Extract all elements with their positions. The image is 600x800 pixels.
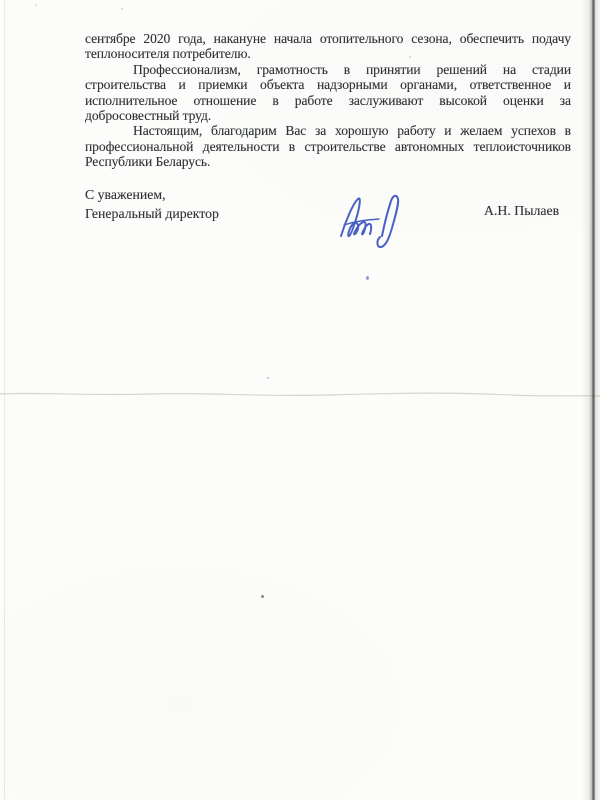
text-line: исполнительное отношение в работе заслуж… bbox=[85, 93, 571, 108]
fold-crease-line bbox=[0, 387, 600, 401]
text-line: строительства и приемки объекта надзорны… bbox=[85, 77, 571, 92]
text-line: добросовестный труд. bbox=[85, 108, 571, 123]
ink-speck bbox=[267, 377, 269, 379]
ink-speck bbox=[366, 276, 369, 280]
signature-stroke bbox=[341, 198, 371, 236]
scanned-letter-page: сентябре 2020 года, накануне начала отоп… bbox=[0, 0, 600, 800]
dust-speck bbox=[261, 595, 264, 598]
signature-final-loop bbox=[377, 196, 398, 247]
text-line: профессиональной деятельности в строител… bbox=[85, 139, 571, 154]
text-line: Настоящим, благодарим Вас за хорошую раб… bbox=[85, 123, 571, 138]
closing-salutation: С уважением, bbox=[85, 186, 219, 205]
dust-speck bbox=[409, 56, 411, 58]
text-line: Республики Беларусь. bbox=[85, 154, 571, 169]
signature-image bbox=[332, 189, 412, 253]
dust-speck bbox=[121, 8, 123, 10]
signer-title: Генеральный директор bbox=[85, 205, 219, 224]
scanner-edge-right bbox=[582, 0, 600, 800]
letter-body: сентябре 2020 года, накануне начала отоп… bbox=[85, 31, 571, 170]
text-line: Профессионализм, грамотность в принятии … bbox=[85, 62, 571, 77]
closing-block: С уважением, Генеральный директор bbox=[85, 186, 219, 223]
text-line: сентябре 2020 года, накануне начала отоп… bbox=[85, 31, 571, 46]
signer-name: А.Н. Пылаев bbox=[484, 203, 559, 219]
text-line: теплоносителя потребителю. bbox=[85, 46, 571, 61]
dust-speck bbox=[35, 4, 37, 6]
scanner-edge-left bbox=[4, 0, 5, 800]
